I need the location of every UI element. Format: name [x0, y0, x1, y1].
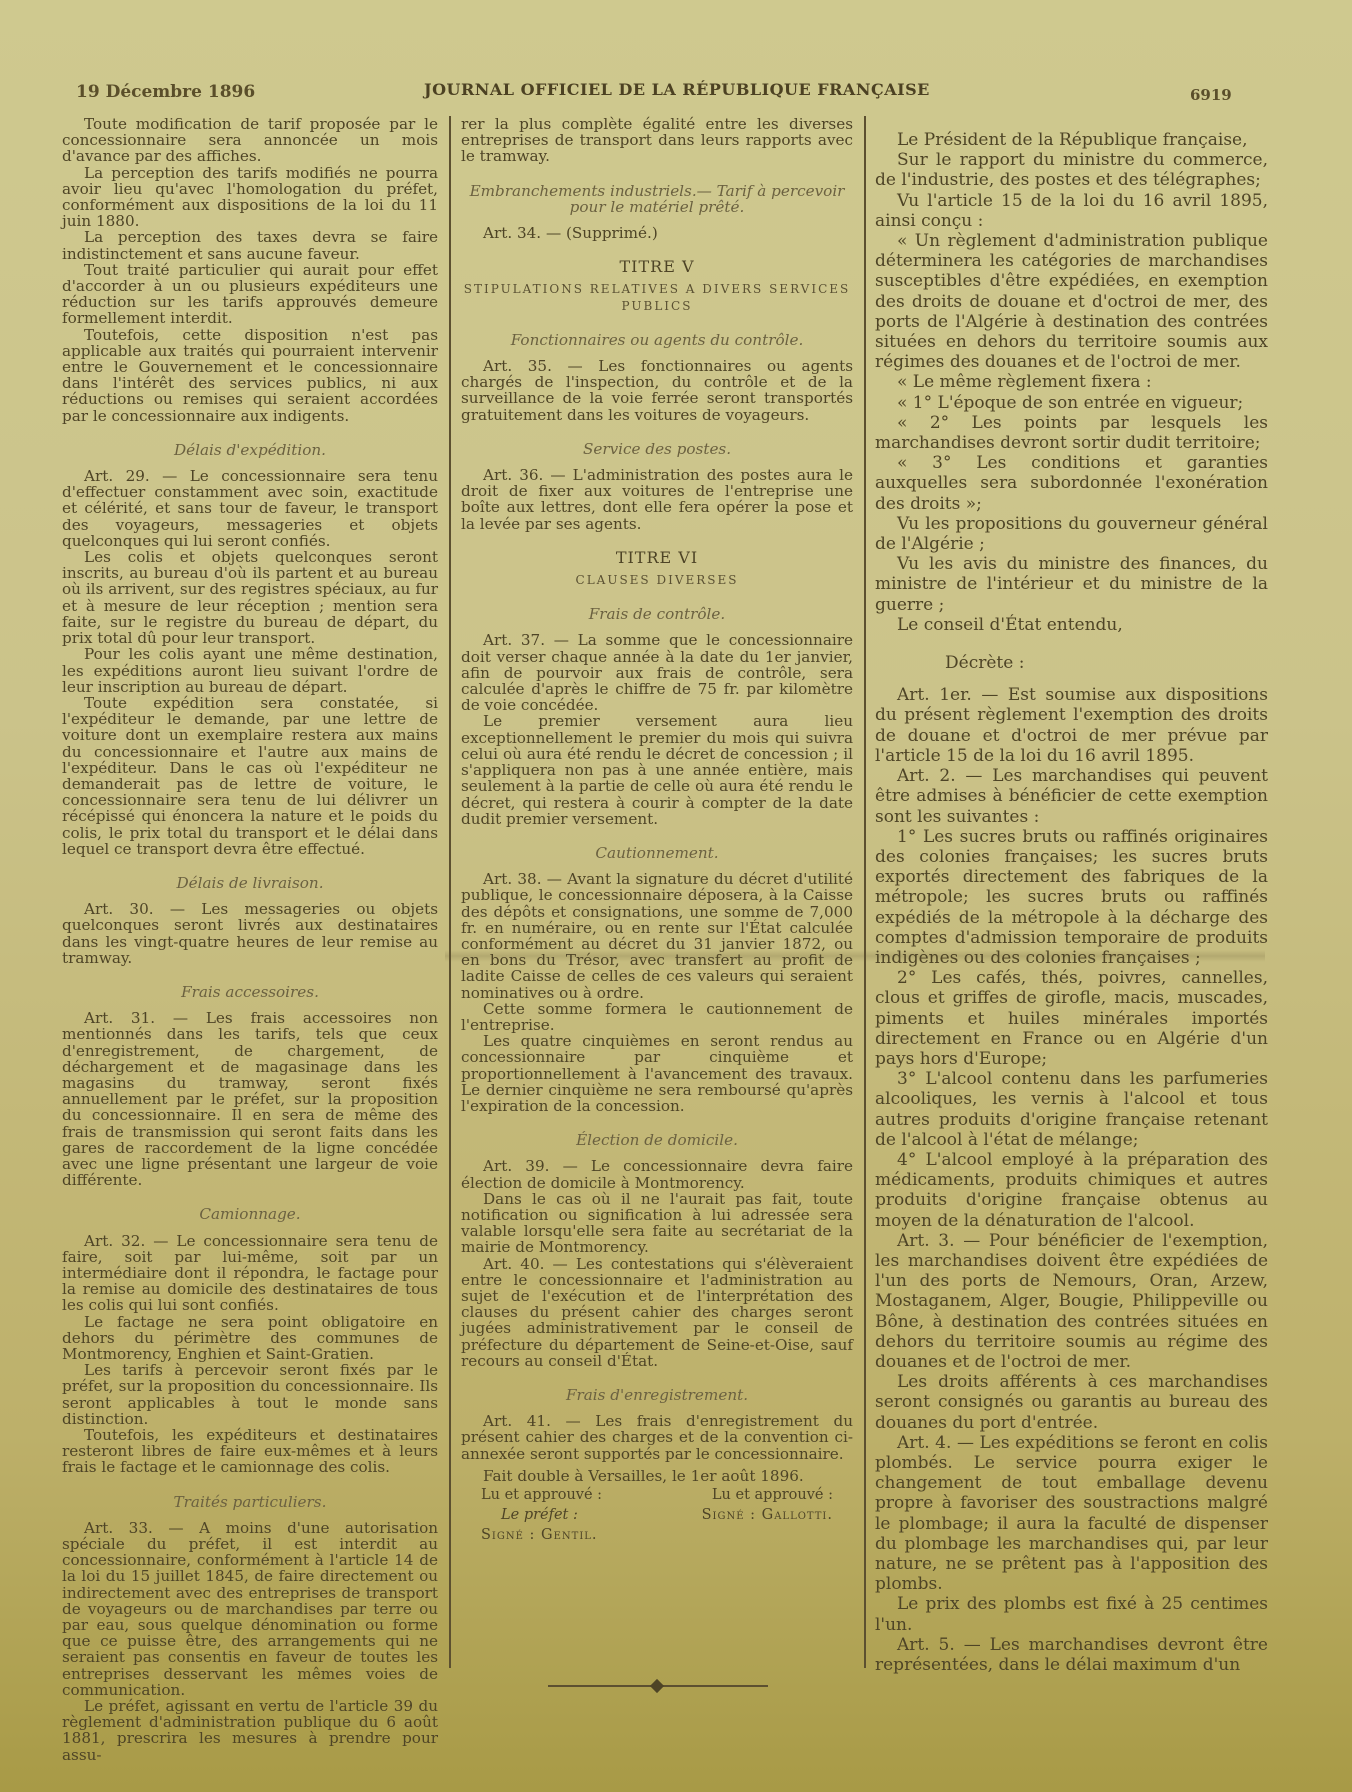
- sig-right-approved: Lu et approuvé :: [712, 1486, 833, 1504]
- article-3: Art. 3. — Pour bénéficier de l'exemption…: [875, 1231, 1268, 1372]
- sig-right-name: Signé : Gallotti.: [702, 1506, 833, 1524]
- paragraph: Tout traité particulier qui aurait pour …: [62, 262, 438, 327]
- section-heading: Frais de contrôle.: [461, 606, 853, 622]
- column-left: Toute modification de tarif proposée par…: [62, 116, 438, 1763]
- page-number: 6919: [1190, 86, 1232, 104]
- paragraph: La perception des taxes devra se faire i…: [62, 229, 438, 261]
- paragraph: Les droits afférents à ces marchandises …: [875, 1372, 1268, 1433]
- paragraph: La perception des tarifs modifiés ne pou…: [62, 165, 438, 230]
- article-35: Art. 35. — Les fonctionnaires ou agents …: [461, 358, 853, 423]
- paragraph: Toutefois, cette disposition n'est pas a…: [62, 327, 438, 424]
- paragraph: Le premier versement aura lieu exception…: [461, 713, 853, 826]
- section-heading: Élection de domicile.: [461, 1132, 853, 1148]
- newspaper-title: JOURNAL OFFICIEL DE LA RÉPUBLIQUE FRANÇA…: [424, 80, 930, 99]
- article-36: Art. 36. — L'administration des postes a…: [461, 467, 853, 532]
- paragraph: Les quatre cinquièmes en seront rendus a…: [461, 1033, 853, 1114]
- issue-date: 19 Décembre 1896: [76, 82, 255, 102]
- paragraph: « 1° L'époque de son entrée en vigueur;: [875, 393, 1268, 413]
- paragraph: Vu les avis du ministre des finances, du…: [875, 554, 1268, 615]
- list-item: 2° Les cafés, thés, poivres, cannelles, …: [875, 968, 1268, 1069]
- column-divider: [864, 116, 866, 1668]
- article-34: Art. 34. — (Supprimé.): [461, 225, 853, 241]
- list-item: 1° Les sucres bruts ou raffinés originai…: [875, 827, 1268, 968]
- paragraph: « Le même règlement fixera :: [875, 372, 1268, 392]
- title-subheading: CLAUSES DIVERSES: [461, 572, 853, 588]
- section-heading: Embranchements industriels.— Tarif à per…: [461, 183, 853, 215]
- article-32: Art. 32. — Le concessionnaire sera tenu …: [62, 1233, 438, 1314]
- list-item: 4° L'alcool employé à la préparation des…: [875, 1150, 1268, 1231]
- paragraph: rer la plus complète égalité entre les d…: [461, 116, 853, 165]
- signature-place-date: Fait double à Versailles, le 1er août 18…: [461, 1468, 853, 1484]
- paragraph: « Un règlement d'administration publique…: [875, 231, 1268, 372]
- article-30: Art. 30. — Les messageries ou objets que…: [62, 901, 438, 966]
- section-heading: Cautionnement.: [461, 845, 853, 861]
- section-heading: Service des postes.: [461, 441, 853, 457]
- article-4: Art. 4. — Les expéditions se feront en c…: [875, 1433, 1268, 1595]
- paragraph: Le Président de la République française,: [875, 130, 1268, 150]
- list-item: 3° L'alcool contenu dans les parfumeries…: [875, 1069, 1268, 1150]
- signature-block: Le préfet : Signé : Gallotti.: [481, 1506, 833, 1524]
- paragraph: Le conseil d'État entendu,: [875, 615, 1268, 635]
- end-ornament-divider: [548, 1681, 768, 1691]
- article-41: Art. 41. — Les frais d'enregistrement du…: [461, 1413, 853, 1462]
- diamond-icon: [650, 1679, 664, 1693]
- article-39: Art. 39. — Le concessionnaire devra fair…: [461, 1158, 853, 1190]
- paragraph: « 3° Les conditions et garanties auxquel…: [875, 453, 1268, 514]
- paragraph: Le préfet, agissant en vertu de l'articl…: [62, 1698, 438, 1763]
- section-heading: Traités particuliers.: [62, 1494, 438, 1510]
- column-divider: [449, 116, 451, 1668]
- section-heading: Délais d'expédition.: [62, 442, 438, 458]
- title-heading: TITRE VI: [461, 550, 853, 566]
- paragraph: Les colis et objets quelconques seront i…: [62, 549, 438, 646]
- article-29: Art. 29. — Le concessionnaire sera tenu …: [62, 468, 438, 549]
- article-40: Art. 40. — Les contestations qui s'élève…: [461, 1256, 853, 1369]
- sig-left-approved: Lu et approuvé :: [481, 1486, 602, 1504]
- article-2: Art. 2. — Les marchandises qui peuvent ê…: [875, 766, 1268, 827]
- section-heading: Fonctionnaires ou agents du contrôle.: [461, 332, 853, 348]
- paragraph: Vu l'article 15 de la loi du 16 avril 18…: [875, 191, 1268, 231]
- paragraph: Les tarifs à percevoir seront fixés par …: [62, 1362, 438, 1427]
- signature-block: Signé : Gentil.: [481, 1526, 833, 1544]
- paragraph: Dans le cas où il ne l'aurait pas fait, …: [461, 1191, 853, 1256]
- article-38: Art. 38. — Avant la signature du décret …: [461, 871, 853, 1001]
- newspaper-page: 19 Décembre 1896 JOURNAL OFFICIEL DE LA …: [0, 0, 1352, 1792]
- title-heading: TITRE V: [461, 259, 853, 275]
- paragraph: Le prix des plombs est fixé à 25 centime…: [875, 1594, 1268, 1634]
- section-heading: Frais accessoires.: [62, 984, 438, 1000]
- paragraph: Toutefois, les expéditeurs et destinatai…: [62, 1427, 438, 1476]
- page-header: 19 Décembre 1896 JOURNAL OFFICIEL DE LA …: [0, 80, 1352, 104]
- article-37: Art. 37. — La somme que le concessionnai…: [461, 632, 853, 713]
- article-33: Art. 33. — A moins d'une autorisation sp…: [62, 1520, 438, 1698]
- paragraph: « 2° Les points par lesquels les marchan…: [875, 413, 1268, 453]
- article-5: Art. 5. — Les marchandises devront être …: [875, 1635, 1268, 1675]
- paragraph: Vu les propositions du gouverneur généra…: [875, 514, 1268, 554]
- section-heading: Frais d'enregistrement.: [461, 1387, 853, 1403]
- article-31: Art. 31. — Les frais accessoires non men…: [62, 1010, 438, 1188]
- paragraph: Pour les colis ayant une même destinatio…: [62, 646, 438, 695]
- sig-left-role: Le préfet :: [481, 1506, 578, 1524]
- title-subheading: STIPULATIONS RELATIVES A DIVERS SERVICES…: [461, 281, 853, 313]
- paragraph: Toute expédition sera constatée, si l'ex…: [62, 695, 438, 857]
- paragraph: Cette somme formera le cautionnement de …: [461, 1001, 853, 1033]
- decree-heading: Décrète :: [945, 653, 1268, 673]
- paragraph: Toute modification de tarif proposée par…: [62, 116, 438, 165]
- section-heading: Camionnage.: [62, 1206, 438, 1222]
- section-heading: Délais de livraison.: [62, 875, 438, 891]
- sig-left-name: Signé : Gentil.: [481, 1526, 598, 1544]
- paragraph: Le factage ne sera point obligatoire en …: [62, 1314, 438, 1363]
- signature-block: Lu et approuvé : Lu et approuvé :: [481, 1486, 833, 1504]
- article-1: Art. 1er. — Est soumise aux dispositions…: [875, 685, 1268, 766]
- column-right: Le Président de la République française,…: [875, 130, 1268, 1675]
- paragraph: Sur le rapport du ministre du commerce, …: [875, 150, 1268, 190]
- column-middle: rer la plus complète égalité entre les d…: [461, 116, 853, 1544]
